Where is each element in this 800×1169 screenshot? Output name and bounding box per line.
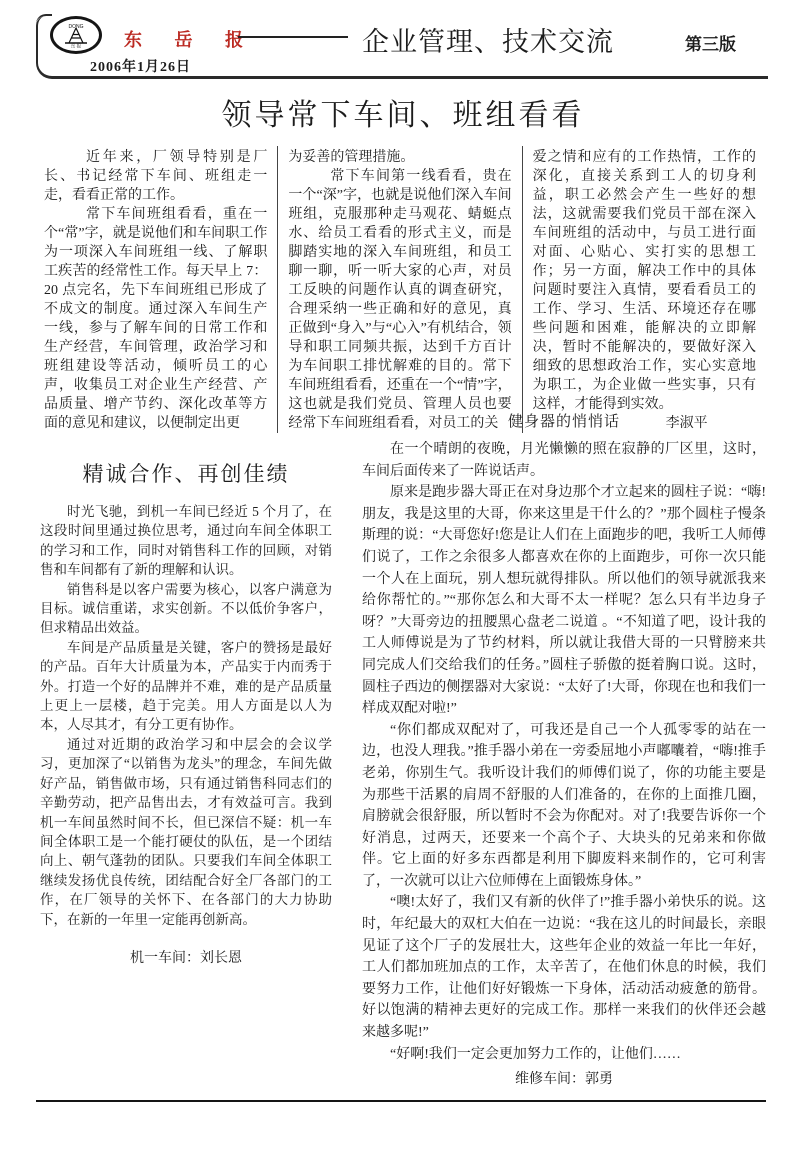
issue-date: 2006年1月26日 [90, 56, 191, 76]
svg-text:岳 报: 岳 报 [71, 43, 82, 49]
paragraph: 常下车间班组看看，重在一个“常”字，就是说他们和车间职工作为一项深入车间班组一线… [44, 205, 267, 433]
paragraph: 常下车间第一线看看，贵在一个“深”字，也就是说他们深入车间班组，克服那种走马观花… [288, 167, 511, 433]
paragraph: “噢!太好了，我们又有新的伙伴了!”推手器小弟快乐的说。这时，年纪最大的双杠大伯… [362, 892, 766, 1043]
newspaper-page: DONG 岳 报 东 岳 报 企业管理、技术交流 第三版 2006年1月26日 … [0, 0, 800, 1169]
cooperation-article-title: 精诚合作、再创佳绩 [40, 458, 332, 488]
paragraph: “好啊!我们一定会更加努力工作的，让他们…… [362, 1044, 766, 1066]
paragraph: 为妥善的管理措施。 [288, 148, 511, 167]
paragraph: 原来是跑步器大哥正在对身边那个才立起来的圆柱子说：“嗨!朋友，我是这里的大哥，你… [362, 482, 766, 720]
paper-name: 东 岳 报 [124, 26, 257, 52]
lead-column-3: 爱之情和应有的工作热情，工作的深化，直接关系到工人的切身利益，职工必然会产生一些… [522, 146, 766, 433]
section-title: 企业管理、技术交流 [328, 20, 648, 59]
masthead: DONG 岳 报 东 岳 报 企业管理、技术交流 第三版 2006年1月26日 [36, 16, 768, 79]
fitness-article-signature: 维修车间：郭勇 [362, 1069, 766, 1091]
newspaper-logo: DONG 岳 报 [50, 16, 102, 54]
edition-label: 第三版 [685, 30, 736, 55]
paragraph: 通过对近期的政治学习和中层会的会议学习，更加深了“以销售为龙头”的理念，车间先做… [40, 735, 332, 929]
fitness-article-title: 健身器的悄悄话 [362, 410, 766, 431]
lead-article-columns: 近年来，厂领导特别是厂长、书记经常下车间、班组走一走，看看正常的工作。 常下车间… [40, 146, 766, 433]
fitness-equipment-article: 健身器的悄悄话 在一个晴朗的夜晚，月光懒懒的照在寂静的厂区里，这时，车间后面传来… [362, 410, 766, 1091]
paragraph: 近年来，厂领导特别是厂长、书记经常下车间、班组走一走，看看正常的工作。 [44, 148, 267, 205]
paragraph: 爱之情和应有的工作热情，工作的深化，直接关系到工人的切身利益，职工必然会产生一些… [533, 148, 756, 414]
derrick-tower-icon: DONG 岳 报 [58, 22, 94, 48]
paragraph: “你们都成双配对了，可我还是自己一个人孤零零的站在一边，也没人理我。”推手器小弟… [362, 720, 766, 893]
paragraph: 销售科是以客户需要为核心，以客户满意为目标。诚信重诺，求实创新。不以低价争客户，… [40, 580, 332, 638]
cooperation-article: 精诚合作、再创佳绩 时光飞驰，到机一车间已经近 5 个月了，在这段时间里通过换位… [40, 458, 332, 1091]
page-bottom-rule [36, 1100, 766, 1102]
lead-headline: 领导常下车间、班组看看 [40, 90, 766, 134]
paragraph: 在一个晴朗的夜晚，月光懒懒的照在寂静的厂区里，这时，车间后面传来了一阵说话声。 [362, 439, 766, 482]
lead-column-2: 为妥善的管理措施。 常下车间第一线看看，贵在一个“深”字，也就是说他们深入车间班… [277, 146, 521, 433]
lead-column-1: 近年来，厂领导特别是厂长、书记经常下车间、班组走一走，看看正常的工作。 常下车间… [40, 146, 277, 433]
paragraph: 时光飞驰，到机一车间已经近 5 个月了，在这段时间里通过换位思考，通过向车间全体… [40, 502, 332, 580]
lead-article: 领导常下车间、班组看看 近年来，厂领导特别是厂长、书记经常下车间、班组走一走，看… [40, 90, 766, 433]
bottom-section: 精诚合作、再创佳绩 时光飞驰，到机一车间已经近 5 个月了，在这段时间里通过换位… [40, 404, 766, 1091]
cooperation-article-signature: 机一车间：刘长恩 [40, 949, 332, 968]
paragraph: 车间是产品质量是关键，客户的赞扬是最好的产品。百年大计质量为本，产品实于内而秀于… [40, 638, 332, 735]
